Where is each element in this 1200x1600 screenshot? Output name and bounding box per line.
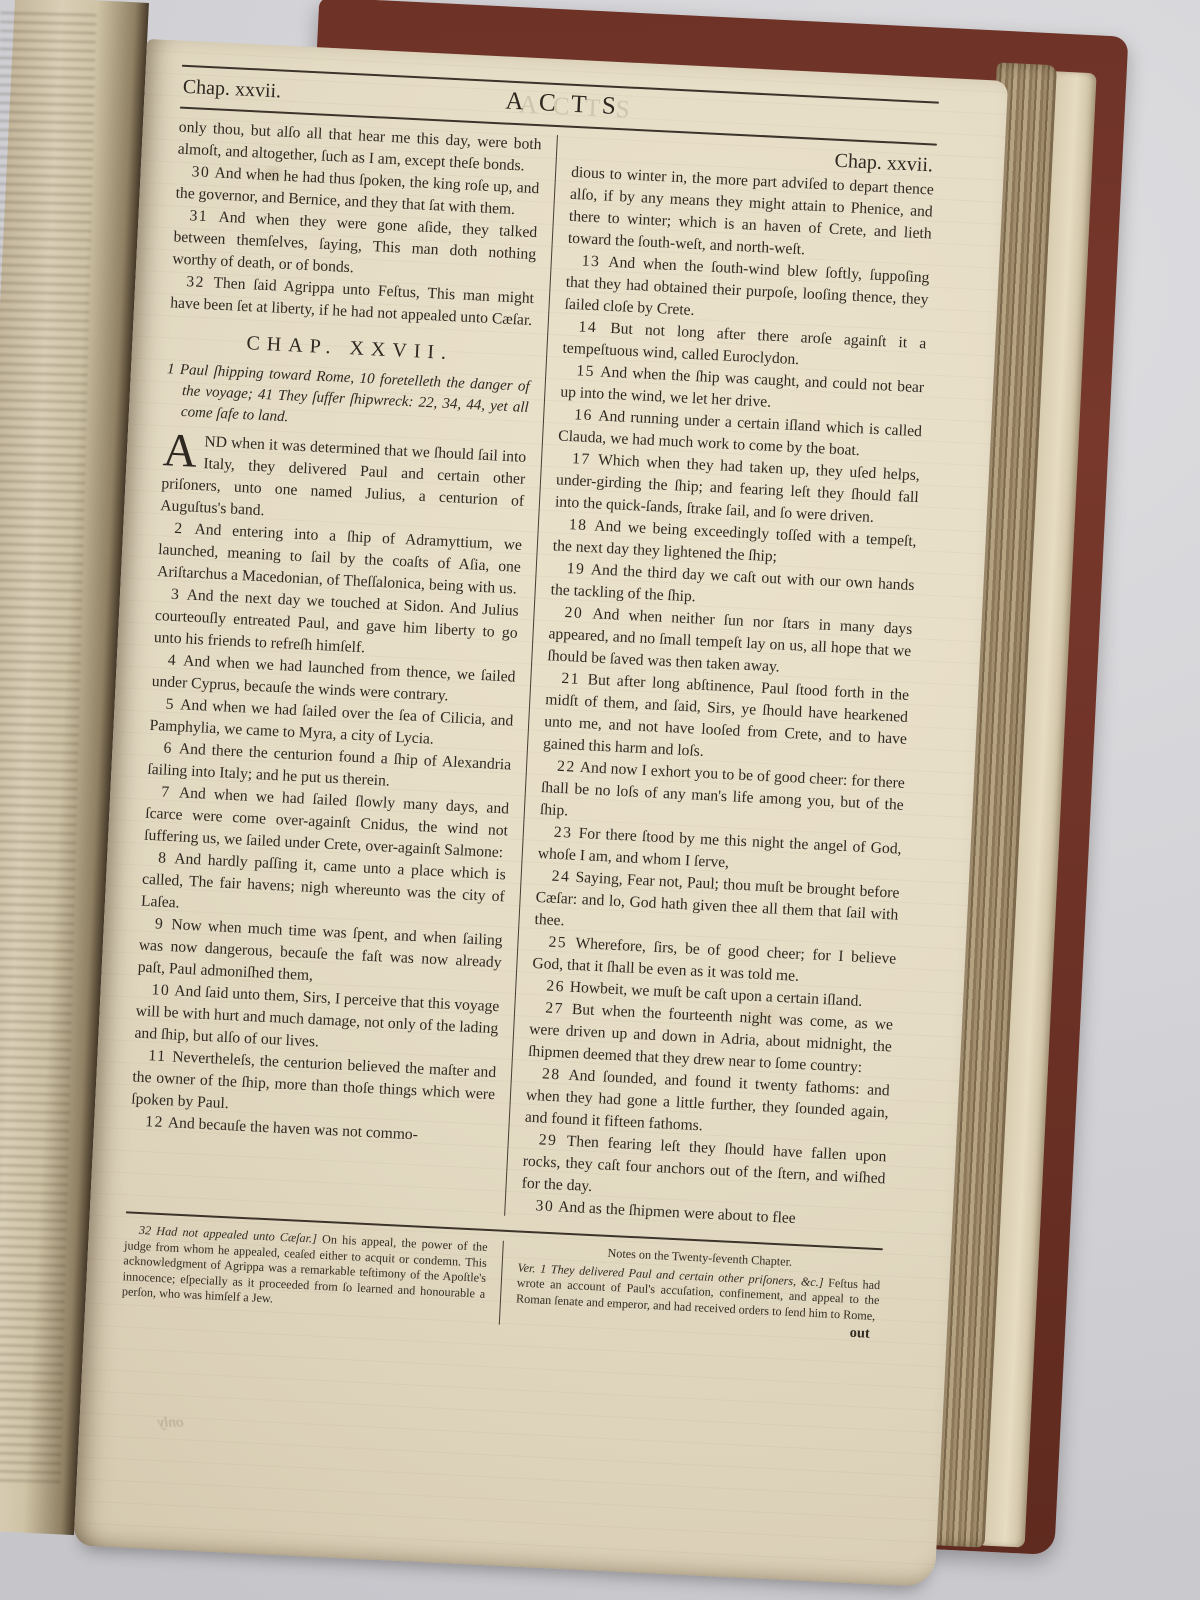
verse-number: 29 — [538, 1131, 558, 1149]
verse-number: 21 — [561, 670, 581, 688]
verse-number: 14 — [578, 318, 598, 336]
verse-number: 12 — [145, 1113, 165, 1131]
verse-number: 13 — [581, 252, 601, 270]
verse-number: 2 — [174, 520, 185, 537]
chapter-summary: 1 Paul ſhipping toward Rome, 10 foretell… — [164, 359, 530, 440]
verse-number: 27 — [545, 1000, 565, 1018]
verse-number: 8 — [158, 849, 169, 866]
header-spacer — [840, 125, 936, 130]
verse-number: 28 — [542, 1065, 562, 1083]
verse-number: 4 — [167, 652, 178, 669]
verse-number: 3 — [171, 586, 182, 603]
showthrough-word: only — [158, 1415, 184, 1432]
verse-number: 30 — [191, 163, 211, 181]
verse-number: 22 — [557, 758, 577, 776]
verse-number: 9 — [155, 915, 166, 932]
footnote-left: 32 Had not appealed unto Cæſar.] On his … — [121, 1222, 503, 1324]
drop-cap: A — [162, 429, 205, 471]
verse-number: 10 — [151, 981, 171, 999]
verse-number: 11 — [148, 1047, 168, 1065]
verses-left: 2 And entering into a ſhip of Adramyttiu… — [130, 517, 523, 1150]
footnote-right: Notes on the Twenty-ſeventh Chapter. Ver… — [499, 1241, 882, 1343]
footnotes: 32 Had not appealed unto Cæſar.] On his … — [121, 1222, 882, 1343]
verse-number: 23 — [553, 824, 573, 842]
verse-number: 26 — [546, 978, 566, 996]
verses-26-end: 30 And when he had thus ſpoken, the king… — [170, 161, 540, 333]
text-columns: only thou, but alſo all that hear me thi… — [127, 117, 937, 1235]
printed-area: Chap. xxvii. ACTS only thou, but alſo al… — [111, 65, 939, 1558]
verse-number: 25 — [548, 934, 568, 952]
book-page: Chap. xxvii. ACTS only thou, but alſo al… — [74, 39, 1009, 1587]
verse-number: 17 — [572, 450, 592, 468]
page-title: ACTS — [280, 77, 840, 132]
verse-number: 18 — [569, 516, 589, 534]
verse-number: 7 — [161, 784, 172, 801]
book: Chap. xxvii. ACTS only thou, but alſo al… — [0, 14, 1147, 1600]
verse-number: 16 — [574, 406, 594, 424]
verse-number: 31 — [189, 207, 209, 225]
verse-number: 19 — [566, 560, 586, 578]
right-column: Chap. xxvii. dious to winter in, the mor… — [504, 135, 935, 1234]
left-column: only thou, but alſo all that hear me thi… — [127, 117, 557, 1216]
verse-text: ND when it was determined that we ſhould… — [160, 433, 527, 519]
verse-number: 15 — [576, 362, 596, 380]
running-head-left: Chap. xxvii. — [182, 76, 281, 104]
verse-number: 5 — [165, 696, 176, 713]
verse-number: 32 — [186, 273, 206, 291]
verse-number: 6 — [163, 740, 174, 757]
verses-right: 13 And when the ſouth-wind blew ſoftly, … — [520, 250, 930, 1235]
verse-number: 20 — [564, 604, 584, 622]
opposite-page-text-blur — [0, 7, 97, 1483]
verse-number: 24 — [551, 868, 571, 886]
verse-number: 30 — [535, 1197, 555, 1215]
